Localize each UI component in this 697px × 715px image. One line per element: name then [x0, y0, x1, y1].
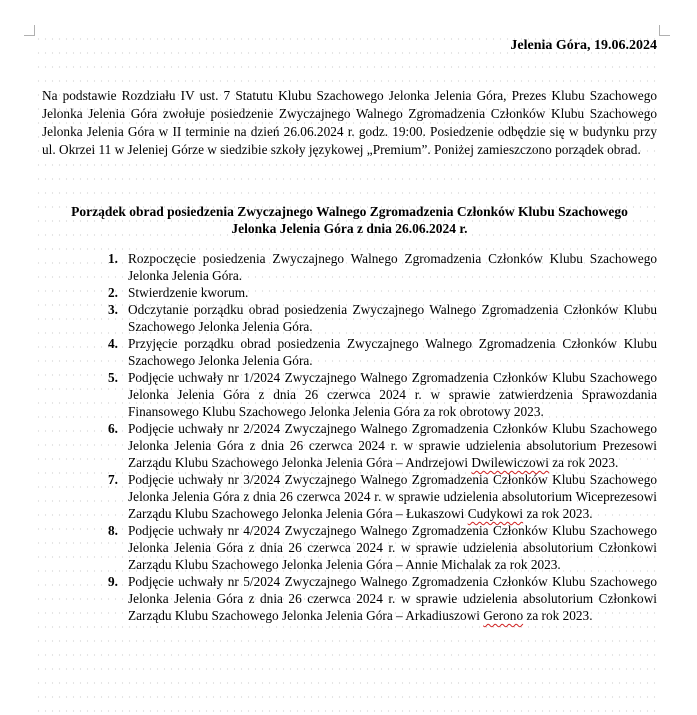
agenda-item: 6.Podjęcie uchwały nr 2/2024 Zwyczajnego… — [104, 420, 657, 471]
item-text-end: za rok 2023. — [523, 608, 592, 623]
item-number: 4. — [108, 335, 118, 352]
item-number: 8. — [108, 522, 118, 539]
agenda-heading-line1: Porządek obrad posiedzenia Zwyczajnego W… — [42, 203, 657, 220]
item-text: Przyjęcie porządku obrad posiedzenia Zwy… — [128, 336, 657, 368]
item-number: 7. — [108, 471, 118, 488]
item-text-end: za rok 2023. — [523, 506, 592, 521]
item-number: 5. — [108, 369, 118, 386]
item-text: Odczytanie porządku obrad posiedzenia Zw… — [128, 302, 657, 334]
agenda-item: 1.Rozpoczęcie posiedzenia Zwyczajnego Wa… — [104, 250, 657, 284]
date-line: Jelenia Góra, 19.06.2024 — [510, 38, 657, 54]
spellcheck-flagged-word[interactable]: Dwilewiczowi — [471, 455, 549, 470]
item-text: Stwierdzenie kworum. — [128, 285, 248, 300]
item-number: 1. — [108, 250, 118, 267]
item-number: 2. — [108, 284, 118, 301]
agenda-item: 2.Stwierdzenie kworum. — [104, 284, 657, 301]
agenda-heading-line2: Jelonka Jelenia Góra z dnia 26.06.2024 r… — [42, 220, 657, 237]
agenda-item: 3.Odczytanie porządku obrad posiedzenia … — [104, 301, 657, 335]
spellcheck-flagged-word[interactable]: Cudykowi — [468, 506, 523, 521]
margin-corner-top-left — [24, 25, 35, 36]
margin-corner-top-right — [659, 25, 670, 36]
agenda-item: 7.Podjęcie uchwały nr 3/2024 Zwyczajnego… — [104, 471, 657, 522]
agenda-item: 9.Podjęcie uchwały nr 5/2024 Zwyczajnego… — [104, 573, 657, 624]
agenda-item: 4.Przyjęcie porządku obrad posiedzenia Z… — [104, 335, 657, 369]
intro-paragraph: Na podstawie Rozdziału IV ust. 7 Statutu… — [42, 87, 657, 159]
item-number: 9. — [108, 573, 118, 590]
item-text: Podjęcie uchwały nr 1/2024 Zwyczajnego W… — [128, 370, 657, 419]
item-text: Rozpoczęcie posiedzenia Zwyczajnego Waln… — [128, 251, 657, 283]
item-number: 6. — [108, 420, 118, 437]
agenda-item: 5.Podjęcie uchwały nr 1/2024 Zwyczajnego… — [104, 369, 657, 420]
item-number: 3. — [108, 301, 118, 318]
spellcheck-flagged-word[interactable]: Gerono — [483, 608, 523, 623]
agenda-item: 8.Podjęcie uchwały nr 4/2024 Zwyczajnego… — [104, 522, 657, 573]
item-text-end: za rok 2023. — [549, 455, 618, 470]
agenda-heading: Porządek obrad posiedzenia Zwyczajnego W… — [42, 203, 657, 237]
item-text: Podjęcie uchwały nr 4/2024 Zwyczajnego W… — [128, 523, 657, 572]
agenda-list: 1.Rozpoczęcie posiedzenia Zwyczajnego Wa… — [104, 250, 657, 624]
